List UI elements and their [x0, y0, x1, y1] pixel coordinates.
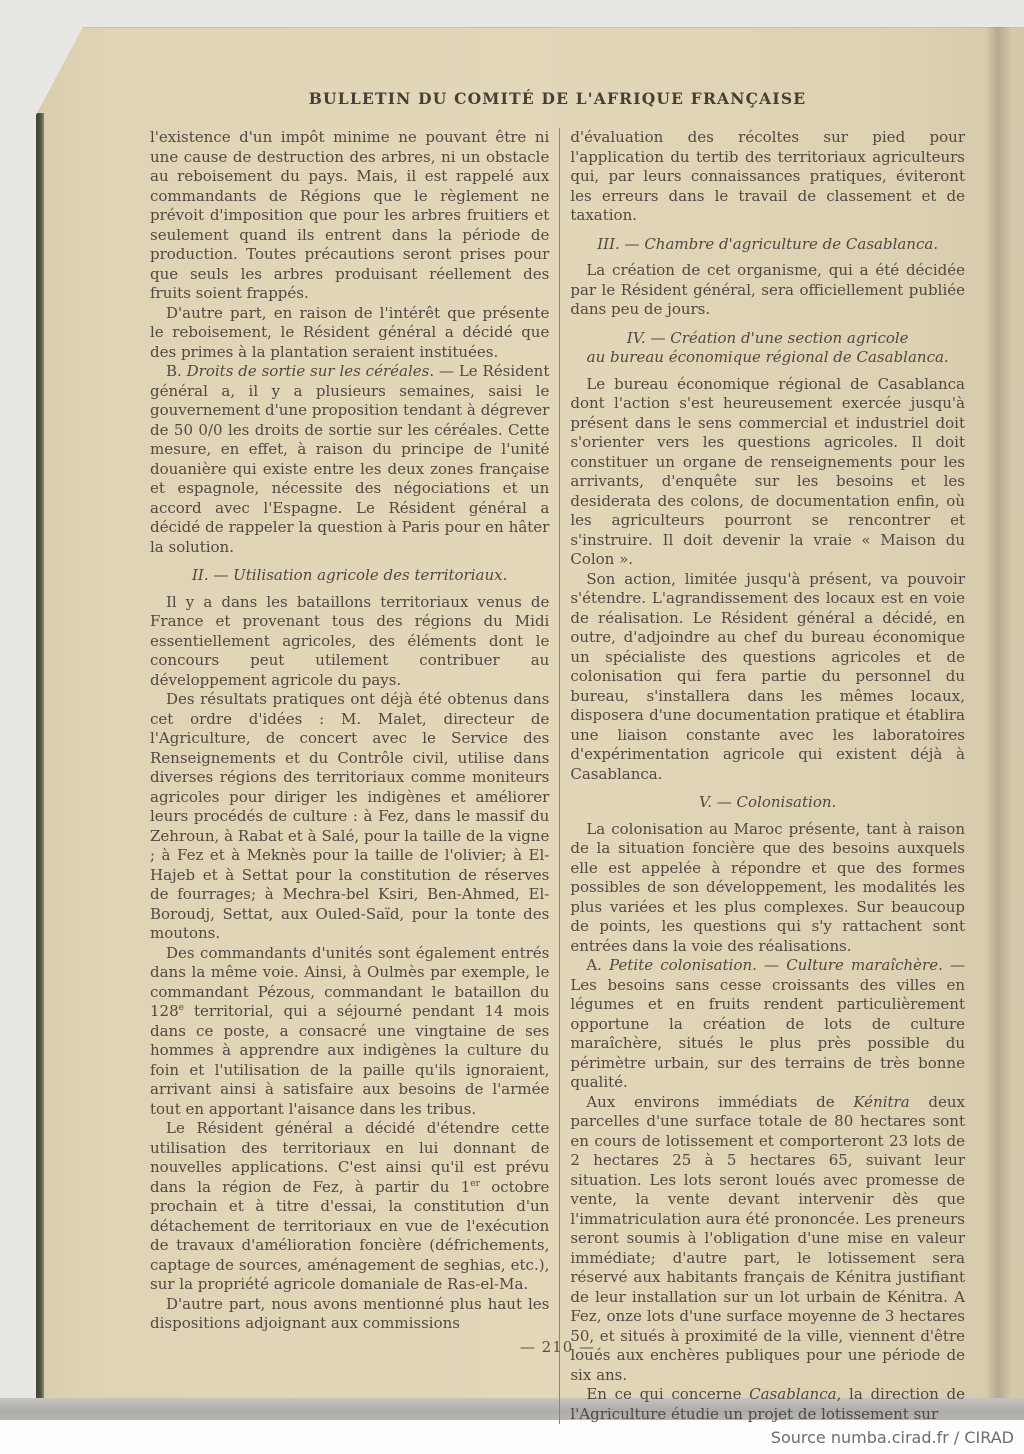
- paragraph: l'existence d'un impôt minime ne pouvant…: [150, 128, 549, 304]
- text-columns: l'existence d'un impôt minime ne pouvant…: [150, 128, 965, 1424]
- text-run: D'autre part, en raison de l'intérêt que…: [150, 304, 549, 361]
- text-run: La colonisation au Maroc présente, tant …: [570, 820, 965, 955]
- text-run: territorial, qui a séjourné pendant 14 m…: [150, 1002, 549, 1118]
- paragraph: En ce qui concerne Casablanca, la direct…: [570, 1385, 965, 1424]
- paragraph: B. Droits de sortie sur les céréales. — …: [150, 362, 549, 557]
- section-heading: II. — Utilisation agricole des territori…: [150, 566, 549, 586]
- journal-title: BULLETIN DU COMITÉ DE L'AFRIQUE FRANÇAIS…: [150, 89, 965, 108]
- paragraph: Des résultats pratiques ont déjà été obt…: [150, 690, 549, 944]
- text-run: Il y a dans les bataillons territoriaux …: [150, 593, 549, 689]
- section-heading: III. — Chambre d'agriculture de Casablan…: [570, 235, 965, 255]
- text-run: D'autre part, nous avons mentionné plus …: [150, 1295, 549, 1333]
- text-run: Droits de sortie sur les céréales: [187, 362, 430, 380]
- source-watermark: Source numba.cirad.fr / CIRAD: [771, 1428, 1014, 1447]
- right-column: d'évaluation des récoltes sur pied pour …: [560, 128, 965, 1424]
- paragraph: D'autre part, nous avons mentionné plus …: [150, 1295, 549, 1334]
- paragraph: Le Résident général a décidé d'étendre c…: [150, 1119, 549, 1295]
- paragraph: D'autre part, en raison de l'intérêt que…: [150, 304, 549, 363]
- text-run: Petite colonisation: [609, 956, 752, 974]
- text-run: Aux environs immédiats de: [586, 1093, 853, 1111]
- text-run: En ce qui concerne: [586, 1385, 749, 1403]
- text-run: . —: [752, 956, 786, 974]
- paragraph: Le bureau économique régional de Casabla…: [570, 375, 965, 570]
- text-run: . — Le Résident général a, il y a plusie…: [150, 362, 549, 556]
- page-number: — 210 —: [150, 1338, 965, 1356]
- document-page: BULLETIN DU COMITÉ DE L'AFRIQUE FRANÇAIS…: [36, 27, 1024, 1398]
- text-run: A.: [586, 956, 609, 974]
- paragraph: Des commandants d'unités sont également …: [150, 944, 549, 1120]
- section-heading: V. — Colonisation.: [570, 793, 965, 813]
- text-run: Kénitra: [853, 1093, 909, 1111]
- paragraph: Il y a dans les bataillons territoriaux …: [150, 593, 549, 691]
- text-run: Des résultats pratiques ont déjà été obt…: [150, 690, 549, 942]
- text-run: Casablanca: [749, 1385, 836, 1403]
- text-run: Son action, limitée jusqu'à présent, va …: [570, 570, 965, 783]
- paragraph: A. Petite colonisation. — Culture maraîc…: [570, 956, 965, 1093]
- paragraph: d'évaluation des récoltes sur pied pour …: [570, 128, 965, 226]
- paragraph: La colonisation au Maroc présente, tant …: [570, 820, 965, 957]
- text-run: B.: [166, 362, 187, 380]
- paragraph: La création de cet organisme, qui a été …: [570, 261, 965, 320]
- paragraph: Son action, limitée jusqu'à présent, va …: [570, 570, 965, 785]
- page-content: BULLETIN DU COMITÉ DE L'AFRIQUE FRANÇAIS…: [36, 27, 1024, 1424]
- watermark-bar: Source numba.cirad.fr / CIRAD: [0, 1420, 1024, 1454]
- text-run: Le bureau économique régional de Casabla…: [570, 375, 965, 569]
- text-run: Culture maraîchère: [786, 956, 938, 974]
- section-heading: IV. — Création d'une section agricoleau …: [570, 329, 965, 368]
- left-column: l'existence d'un impôt minime ne pouvant…: [150, 128, 560, 1424]
- text-run: La création de cet organisme, qui a été …: [570, 261, 965, 318]
- text-run: . — Les besoins sans cesse croissants de…: [570, 956, 965, 1091]
- text-run: l'existence d'un impôt minime ne pouvant…: [150, 128, 549, 302]
- text-run: er: [470, 1179, 480, 1189]
- page-corner-cut: [36, 27, 83, 115]
- text-run: d'évaluation des récoltes sur pied pour …: [570, 128, 965, 224]
